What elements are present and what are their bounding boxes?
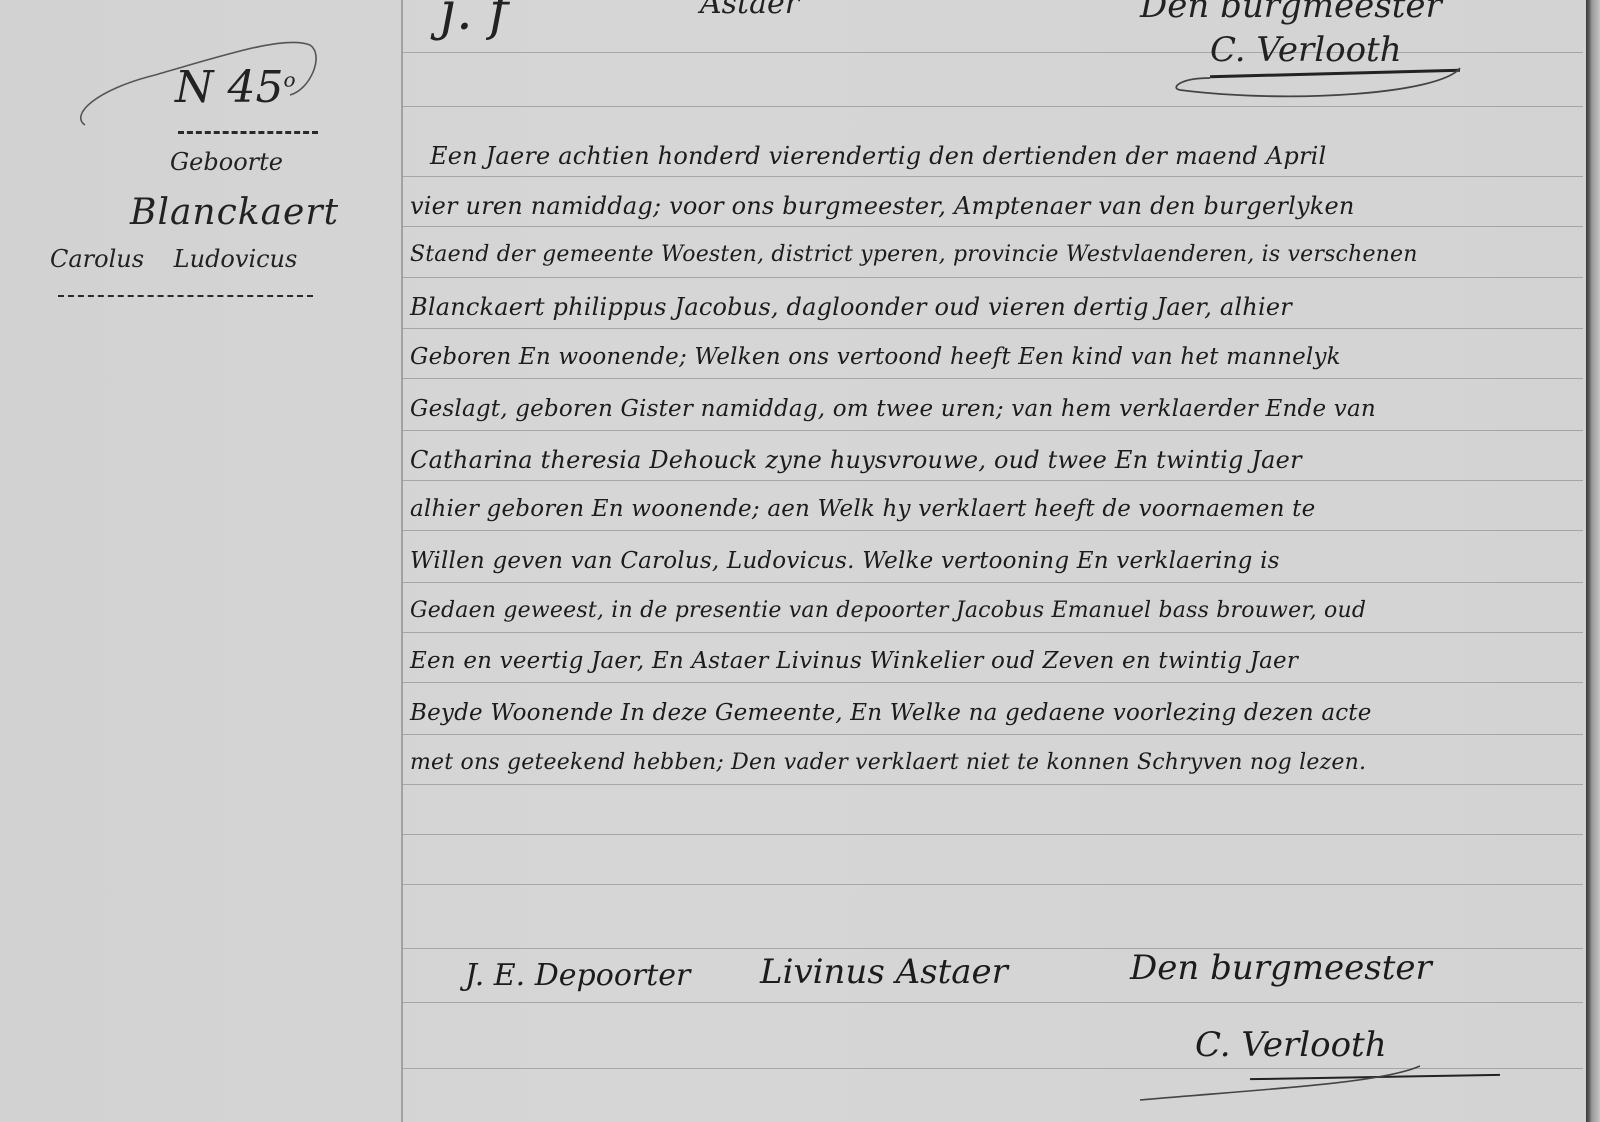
- ruled-line: [403, 176, 1583, 177]
- ruled-line: [403, 328, 1583, 329]
- register-page: N 45o Geboorte Blanckaert Carolus Ludovi…: [0, 0, 1588, 1122]
- ruled-line: [403, 530, 1583, 531]
- ruled-line: [403, 582, 1583, 583]
- ruled-line: [403, 480, 1583, 481]
- ruled-line: [403, 378, 1583, 379]
- body-line-9: Willen geven van Carolus, Ludovicus. Wel…: [410, 548, 1560, 574]
- margin-given-names: Carolus Ludovicus: [50, 245, 297, 273]
- entry-number-suffix: o: [283, 67, 295, 91]
- body-line-10: Gedaen geweest, in de presentie van depo…: [410, 598, 1560, 623]
- body-line-11: Een en veertig Jaer, En Astaer Livinus W…: [410, 648, 1560, 674]
- body-line-12: Beyde Woonende In deze Gemeente, En Welk…: [410, 700, 1560, 726]
- entry-number: N 45o: [175, 62, 296, 113]
- mayor-title: Den burgmeester: [1130, 948, 1432, 988]
- body-line-5: Geboren En woonende; Welken ons vertoond…: [410, 344, 1560, 370]
- page-binding-edge: [1586, 0, 1600, 1122]
- signature-flourish-icon: [1170, 64, 1470, 104]
- previous-mayor-title: Den burgmeester: [1140, 0, 1442, 26]
- body-line-3: Staend der gemeente Woesten, district yp…: [410, 242, 1560, 267]
- mayor-signature: C. Verlooth: [1195, 1025, 1387, 1065]
- signature-flourish-icon: [1130, 1062, 1430, 1102]
- act-type-label: Geboorte: [170, 148, 283, 176]
- body-line-2: vier uren namiddag; voor ons burgmeester…: [410, 192, 1560, 220]
- ruled-line: [403, 834, 1583, 835]
- ruled-line: [403, 1002, 1583, 1003]
- ruled-line: [403, 734, 1583, 735]
- margin-rule-line: [401, 0, 403, 1122]
- body-line-13: met ons geteekend hebben; Den vader verk…: [410, 750, 1560, 775]
- ruled-line: [403, 430, 1583, 431]
- previous-witness-fragment-2: Astaer: [700, 0, 799, 21]
- divider-dashes: [178, 131, 318, 134]
- ruled-line: [403, 784, 1583, 785]
- entry-number-main: N 45: [175, 62, 283, 113]
- witness-1-signature: J. E. Depoorter: [465, 958, 690, 993]
- body-line-8: alhier geboren En woonende; aen Welk hy …: [410, 496, 1560, 522]
- ruled-line: [403, 52, 1583, 53]
- divider-dashes: [58, 295, 313, 297]
- body-line-1: Een Jaere achtien honderd vierendertig d…: [410, 142, 1580, 170]
- previous-witness-fragment: j. f: [440, 0, 508, 42]
- ruled-line: [403, 106, 1583, 107]
- ruled-line: [403, 226, 1583, 227]
- ruled-line: [403, 632, 1583, 633]
- witness-2-signature: Livinus Astaer: [760, 952, 1008, 992]
- body-line-6: Geslagt, geboren Gister namiddag, om twe…: [410, 396, 1560, 422]
- ruled-line: [403, 682, 1583, 683]
- margin-surname: Blanckaert: [130, 192, 339, 233]
- body-line-4: Blanckaert philippus Jacobus, dagloonder…: [410, 293, 1560, 321]
- body-line-7: Catharina theresia Dehouck zyne huysvrou…: [410, 446, 1560, 474]
- ruled-line: [403, 884, 1583, 885]
- ruled-line: [403, 277, 1583, 278]
